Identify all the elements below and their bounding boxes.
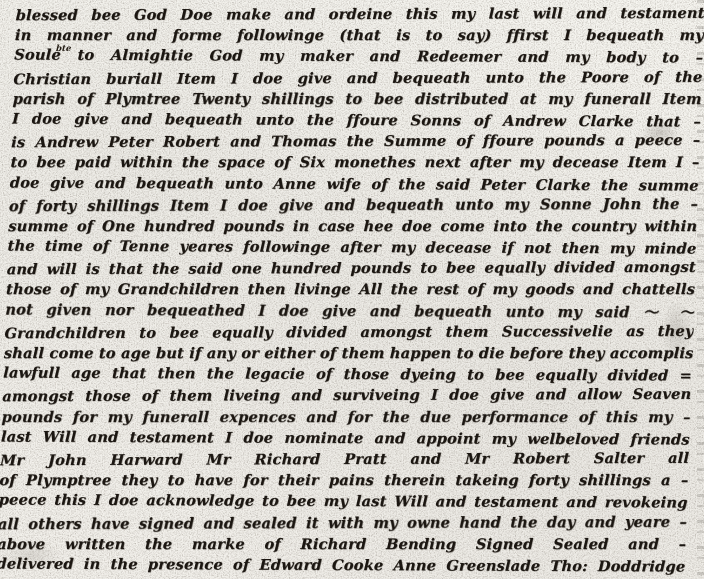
page-edge-artifact	[697, 0, 704, 579]
manuscript-line-5: parish of Plymtree Twenty shillings to b…	[12, 89, 702, 110]
manuscript-line-7: is Andrew Peter Robert and Thomas the Su…	[11, 130, 701, 154]
manuscript-line-21: last Will and testament I doe nominate a…	[0, 426, 690, 450]
manuscript-line-16: Grandchildren to bee equally divided amo…	[4, 321, 694, 345]
manuscript-line-6: I doe give and bequeath unto the ffoure …	[12, 108, 702, 132]
manuscript-line-3: Soule to Almightie God my maker and Rede…	[14, 45, 704, 69]
manuscript-lines: blessed bee God Doe make and ordeine thi…	[0, 4, 704, 577]
interlinear-insertion: bte	[56, 44, 72, 54]
manuscript-line-24: peece this I doe acknowledge to bee my l…	[0, 490, 688, 514]
manuscript-line-4: Christian buriall Item I doe give and be…	[13, 66, 703, 90]
manuscript-line-10: of forty shillings Item I doe give and b…	[9, 193, 699, 217]
manuscript-line-26: above written the marke of Richard Bendi…	[0, 534, 687, 555]
manuscript-line-27: delivered in the presence of Edward Cook…	[0, 553, 686, 577]
manuscript-line-12: the time of Tenne yeares followinge afte…	[7, 236, 697, 260]
manuscript-line-25: all others have signed and sealed it wit…	[0, 511, 687, 535]
manuscript-line-22: Mr John Harward Mr Richard Pratt and Mr …	[0, 448, 689, 472]
manuscript-line-19: amongst those of them liveing and surviv…	[2, 384, 692, 408]
manuscript-line-20: pounds for my funerall expences and for …	[1, 407, 691, 428]
manuscript-line-15: not given nor bequeathed I doe give and …	[5, 299, 695, 323]
manuscript-line-8: to bee paid within the space of Six mone…	[10, 152, 700, 173]
manuscript-line-13: and will is that the said one hundred po…	[6, 257, 696, 281]
manuscript-line-17: shall come to age but if any or either o…	[3, 343, 693, 364]
manuscript-line-9: doe give and bequeath unto Anne wife of …	[9, 172, 699, 196]
manuscript-page: blessed bee God Doe make and ordeine thi…	[0, 0, 704, 579]
manuscript-line-1: blessed bee God Doe make and ordeine thi…	[15, 3, 704, 27]
manuscript-line-23: of Plymptree they to have for their pain…	[0, 470, 689, 491]
manuscript-line-11: summe of One hundred pounds in case hee …	[8, 216, 698, 237]
manuscript-line-14: those of my Grandchildren then livinge A…	[6, 279, 696, 300]
manuscript-line-2: in manner and forme followinge (that is …	[15, 25, 704, 46]
